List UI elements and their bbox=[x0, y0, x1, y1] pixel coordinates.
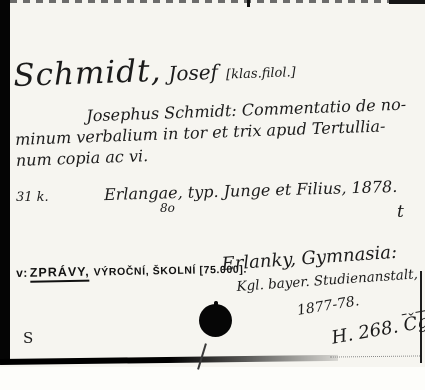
stamp-keyword-underlined: ZPRÁVY, bbox=[30, 265, 90, 283]
format-mark-octavo: 8o bbox=[160, 201, 175, 215]
card-bottom-edge-dotted bbox=[330, 355, 422, 357]
shelfmark-number: H. 268. bbox=[330, 315, 405, 348]
author-subject-qualifier: [klas.filol.] bbox=[226, 65, 296, 82]
title-transcription: Josephus Schmidt: Commentatio de no- min… bbox=[14, 93, 424, 171]
hole-punch-nub bbox=[214, 301, 218, 306]
catalog-card-scan: Schmidt, Josef [klas.filol.] Josephus Sc… bbox=[0, 0, 425, 390]
reference-stamp: v:ZPRÁVY,VÝROČNÍ, ŠKOLNÍ [75.000]. bbox=[16, 260, 247, 282]
scan-left-border bbox=[0, 0, 10, 361]
top-edge-tick-mark bbox=[247, 0, 250, 7]
card-bottom-edge bbox=[0, 355, 338, 365]
card-top-edge-dashed bbox=[10, 0, 425, 3]
bottom-left-letter: S bbox=[23, 329, 33, 347]
card-top-edge-solid-right bbox=[389, 0, 425, 4]
imprint-line: Erlangae, typ. Junge et Filius, 1878. bbox=[104, 177, 398, 204]
annotation-years: 1877-78. bbox=[296, 293, 360, 319]
scan-background-below-card bbox=[0, 367, 425, 390]
shelfmark-suffix-overlined: Čg. bbox=[402, 310, 425, 336]
author-forename: Josef bbox=[168, 60, 218, 86]
heading-author: Schmidt, Josef [klas.filol.] bbox=[13, 48, 296, 94]
margin-number-note: 31 k. bbox=[16, 190, 49, 205]
author-surname: Schmidt, bbox=[13, 53, 162, 94]
stamp-prefix: v: bbox=[16, 266, 28, 280]
shelfmark: H. 268. Čg. bbox=[330, 310, 425, 349]
hole-punch bbox=[199, 304, 232, 337]
letter-t-note: t bbox=[397, 202, 404, 222]
